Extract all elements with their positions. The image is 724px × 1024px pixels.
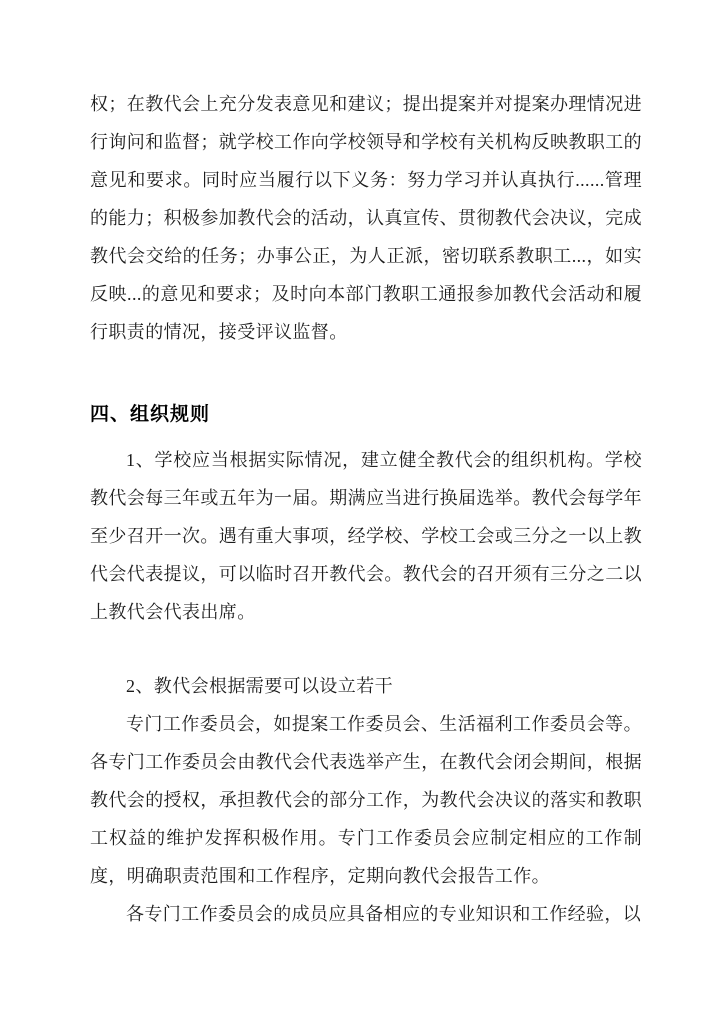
paragraph-item1-organization-structure: 1、学校应当根据实际情况，建立健全教代会的组织机构。学校教代会每三年或五年为一届… [90, 441, 642, 631]
document-page: 权；在教代会上充分发表意见和建议；提出提案并对提案办理情况进行询问和监督；就学校… [0, 0, 724, 1024]
section-heading-organization-rules: 四、组织规则 [90, 395, 642, 435]
paragraph-item2-intro: 2、教代会根据需要可以设立若干 [90, 667, 642, 705]
paragraph-committee-members: 各专门工作委员会的成员应具备相应的专业知识和工作经验，以 [90, 895, 642, 933]
paragraph-special-committees: 专门工作委员会，如提案工作委员会、生活福利工作委员会等。各专门工作委员会由教代会… [90, 705, 642, 895]
paragraph-rights-and-duties: 权；在教代会上充分发表意见和建议；提出提案并对提案办理情况进行询问和监督；就学校… [90, 85, 642, 351]
